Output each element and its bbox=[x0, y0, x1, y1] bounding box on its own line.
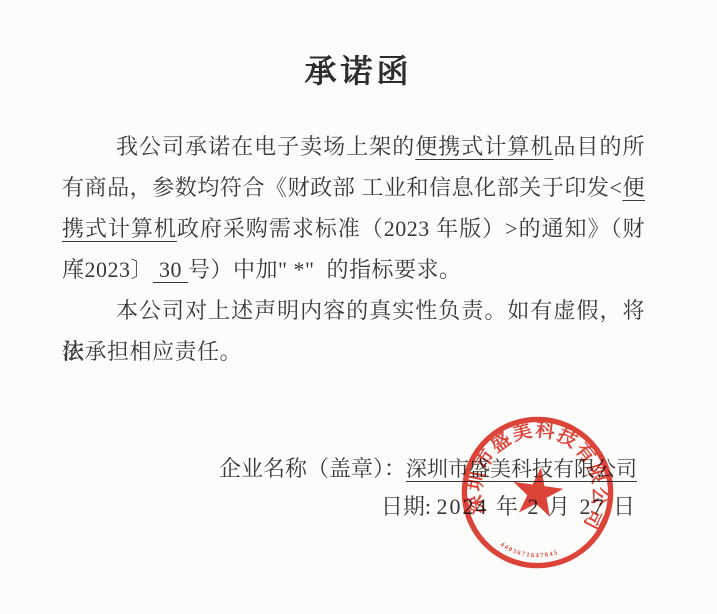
body-text: 法承担相应责任。 bbox=[62, 339, 242, 364]
body-text: 有商品，参数均符合《财政部 工业和信息化部关于印发< bbox=[62, 175, 622, 200]
date-value: 2024 年 2 月 27 日 bbox=[436, 494, 637, 519]
date-line: 日期: 2024 年 2 月 27 日 bbox=[219, 488, 637, 526]
company-name: 深圳市盛美科技有限公司 bbox=[406, 457, 637, 481]
body-text: 我公司承诺在电子卖场上架的 bbox=[116, 134, 415, 159]
body-text: 品目的所 bbox=[553, 134, 645, 159]
body-line: 〔2023〕 30 号）中加" *" 的指标要求。 bbox=[62, 249, 645, 290]
document-body: 我公司承诺在电子卖场上架的便携式计算机品目的所有商品，参数均符合《财政部 工业和… bbox=[62, 126, 645, 372]
body-line: 法承担相应责任。 bbox=[62, 331, 645, 372]
company-line: 企业名称（盖章）：深圳市盛美科技有限公司 bbox=[219, 450, 637, 488]
company-label: 企业名称（盖章）： bbox=[219, 456, 406, 481]
document-page: 承诺函 我公司承诺在电子卖场上架的便携式计算机品目的所有商品，参数均符合《财政部… bbox=[0, 0, 717, 614]
underlined-text: 便携式计算机 bbox=[415, 134, 553, 159]
body-line: 我公司承诺在电子卖场上架的便携式计算机品目的所 bbox=[62, 126, 645, 167]
body-line: 本公司对上述声明内容的真实性负责。如有虚假，将依 bbox=[62, 290, 645, 331]
body-text: 〔2023〕 bbox=[62, 257, 153, 282]
body-text: 号）中加" *" 的指标要求。 bbox=[188, 257, 461, 282]
underlined-text: 30 bbox=[153, 257, 188, 282]
seal-serial-text: 4403671647845 bbox=[498, 541, 561, 563]
document-title: 承诺函 bbox=[0, 46, 717, 92]
underlined-text: 便 bbox=[622, 175, 645, 200]
body-line: 携式计算机政府采购需求标准（2023 年版）>的通知》（财库 bbox=[62, 208, 645, 249]
date-label: 日期: bbox=[381, 494, 437, 519]
svg-text:4403671647845: 4403671647845 bbox=[498, 541, 561, 563]
signature-block: 企业名称（盖章）：深圳市盛美科技有限公司 日期: 2024 年 2 月 27 日 bbox=[219, 450, 637, 526]
underlined-text: 携式计算机 bbox=[62, 216, 177, 241]
body-line: 有商品，参数均符合《财政部 工业和信息化部关于印发<便 bbox=[62, 167, 645, 208]
